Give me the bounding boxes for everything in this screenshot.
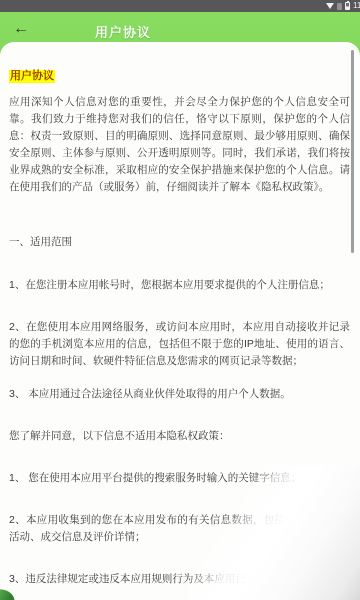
- exclusion-item-1: 1、 您在使用本应用平台提供的搜索服务时输入的关键字信息；: [9, 470, 350, 487]
- scope-item-2: 2、在您使用本应用网络服务，或访问本应用时，本应用自动接收并记录的您的手机浏览本…: [9, 319, 350, 370]
- agreement-badge: 用户协议: [9, 70, 55, 83]
- exclusion-item-3: 3、违反法律规定或违反本应用规则行为及本应用已对: [9, 571, 350, 588]
- app-screen: 11 ← 用户协议 用户协议 应用深知个人信息对您的重要性，并会尽全力保护您的个…: [0, 0, 360, 600]
- status-time: 11: [353, 0, 360, 12]
- scope-section-heading: 一、适用范围: [9, 234, 350, 251]
- scrollbar-thumb[interactable]: [351, 50, 354, 253]
- back-arrow-icon[interactable]: ←: [13, 21, 29, 37]
- exclusion-item-2: 2、本应用收集到的您在本应用发布的有关信息数据，包括但不限于参与活动、成交信息及…: [9, 512, 350, 546]
- status-bar: 11: [0, 0, 360, 12]
- exclusion-intro: 您了解并同意，以下信息不适用本隐私权政策：: [9, 428, 350, 445]
- agreement-content: 用户协议 应用深知个人信息对您的重要性，并会尽全力保护您的个人信息安全可靠。我们…: [0, 42, 360, 588]
- signal-icon: [337, 3, 342, 10]
- page-title: 用户协议: [95, 22, 151, 41]
- agreement-intro-paragraph: 应用深知个人信息对您的重要性，并会尽全力保护您的个人信息安全可靠。我们致力于维持…: [9, 94, 350, 196]
- scope-item-3: 3、 本应用通过合法途径从商业伙伴处取得的用户个人数据。: [9, 386, 350, 403]
- agreement-card: 用户协议 应用深知个人信息对您的重要性，并会尽全力保护您的个人信息安全可靠。我们…: [0, 42, 360, 600]
- scope-item-1: 1、在您注册本应用帐号时，您根据本应用要求提供的个人注册信息；: [9, 277, 350, 294]
- battery-icon: [345, 2, 350, 10]
- wifi-icon: [326, 3, 334, 9]
